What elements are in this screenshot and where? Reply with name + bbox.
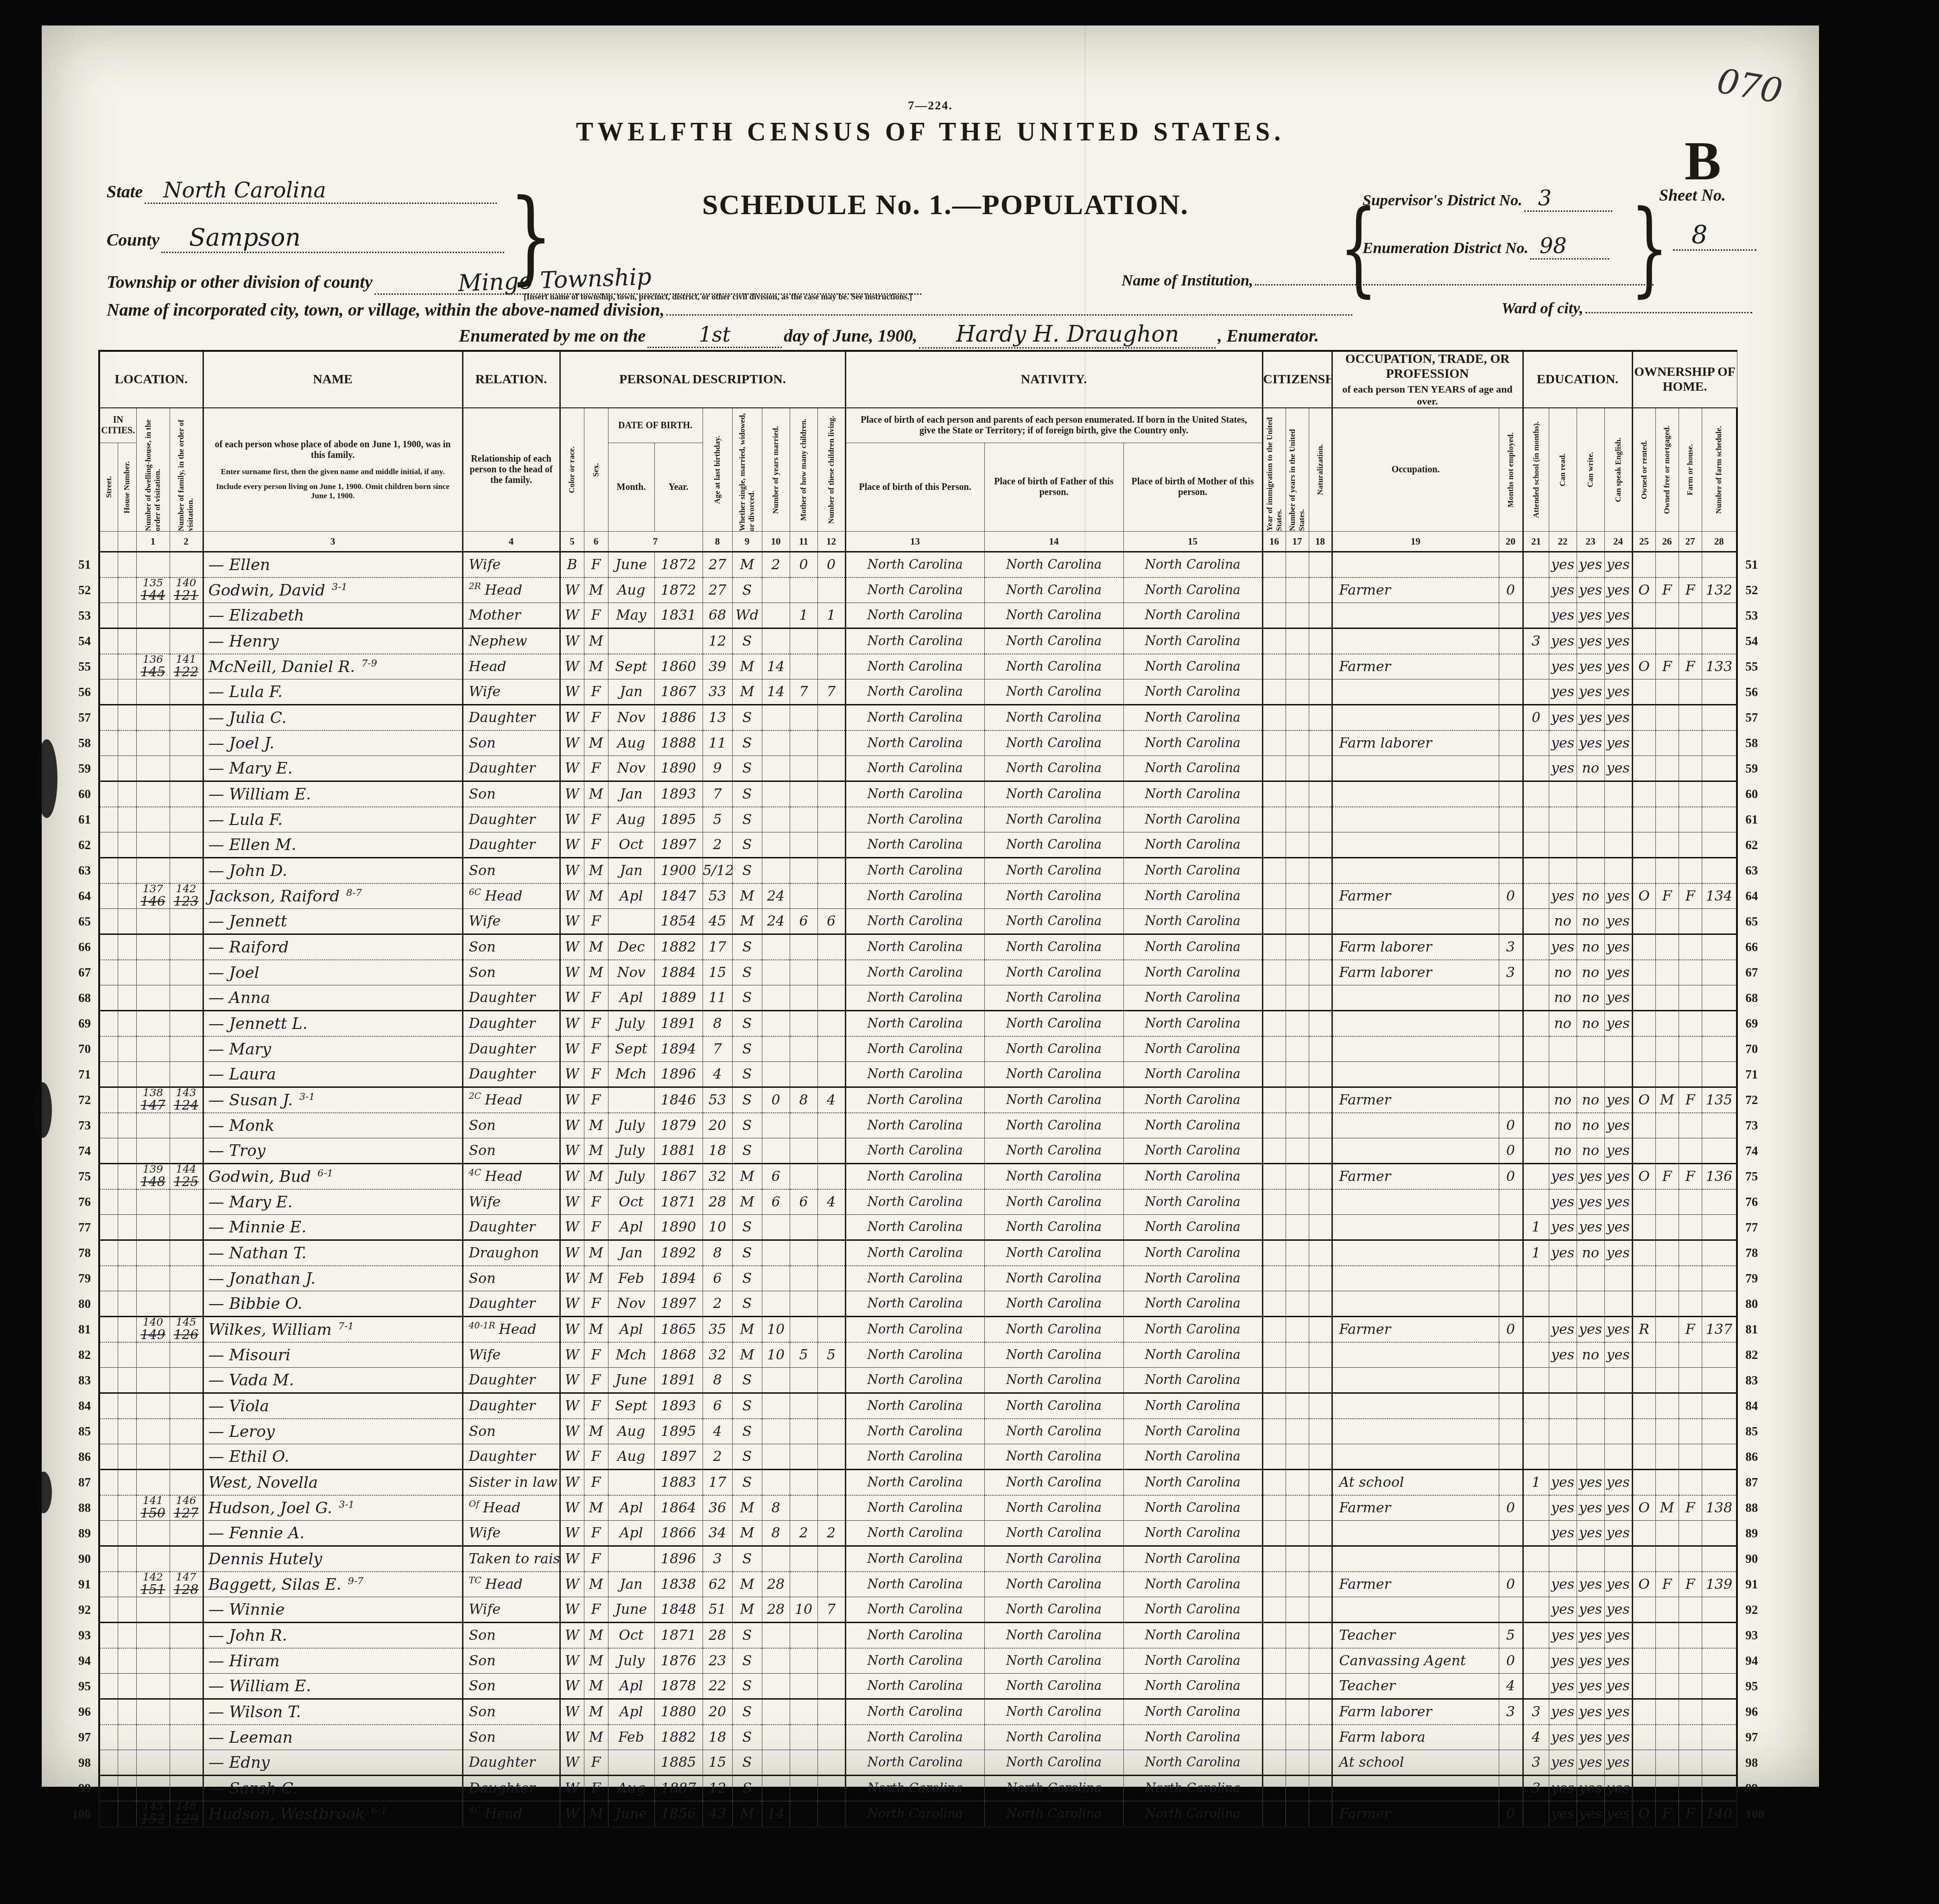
cell-can-read [1549,1393,1577,1419]
cell-street [99,985,118,1011]
cell-birthplace-mother: North Carolina [1123,1674,1262,1699]
cell-house-number [118,1393,136,1419]
column-number-street [99,532,118,552]
cell-age: 27 [703,552,732,578]
cell-owned-rented [1632,1342,1655,1368]
cell-owned-free-mortgaged [1655,1674,1679,1699]
cell-months-not-employed [1499,679,1523,705]
cell-family-number: 142123 [170,883,203,909]
cell-age: 7 [703,781,732,807]
cell-owned-rented [1632,1750,1655,1776]
cell-immigration-year [1262,654,1286,679]
cell-sex: M [584,1240,608,1266]
cell-naturalization [1309,1725,1332,1750]
cell-color-race: W [560,960,584,985]
cell-birthplace-mother: North Carolina [1123,705,1262,731]
cell-years-married [762,756,790,781]
cell-relation: Daughter [463,1750,560,1776]
cell-name: — Hiram [203,1648,463,1674]
cell-immigration-year [1262,1801,1286,1827]
cell-family-number: 141122 [170,654,203,679]
cell-street [99,679,118,705]
cell-can-speak-english: yes [1604,628,1632,654]
cell-can-read: yes [1549,1317,1577,1343]
cell-marital-status: M [732,1801,762,1827]
cell-sex: M [584,730,608,756]
header-street: Street. [99,443,118,532]
header-owned-rented: Owned or rented. [1632,408,1655,532]
cell-birthplace-mother: North Carolina [1123,679,1262,705]
cell-immigration-year [1262,1317,1286,1343]
cell-street [99,1572,118,1597]
cell-owned-rented [1632,1291,1655,1317]
cell-occupation [1332,985,1499,1011]
person-row: 51— EllenWifeBFJune187227M200North Carol… [70,552,1767,578]
row-number-left: 69 [70,1011,99,1037]
row-number-right: 75 [1737,1164,1767,1190]
person-row: 72138147143124— Susan J.3-12CHeadWF18465… [70,1087,1767,1113]
cell-can-write [1577,1419,1604,1444]
cell-age: 3 [703,1546,732,1572]
row-number-left: 59 [70,756,99,781]
cell-street [99,756,118,781]
cell-years-married [762,1648,790,1674]
cell-owned-free-mortgaged: M [1655,1495,1679,1521]
cell-can-speak-english: yes [1604,1087,1632,1113]
cell-farm-house [1679,1521,1702,1546]
cell-children-living: 6 [817,909,845,934]
cell-birthplace-mother: North Carolina [1123,1750,1262,1776]
cell-marital-status: S [732,1623,762,1649]
cell-months-not-employed [1499,1215,1523,1240]
cell-owned-free-mortgaged [1655,603,1679,628]
cell-color-race: W [560,1189,584,1215]
cell-house-number [118,858,136,884]
cell-immigration-year [1262,858,1286,884]
cell-name: — Jonathan J. [203,1266,463,1291]
cell-marital-status: M [732,1189,762,1215]
row-number-right: 92 [1737,1597,1767,1623]
cell-mother-of-children [790,1776,817,1802]
cell-farm-schedule [1702,1062,1737,1087]
cell-color-race: W [560,1419,584,1444]
cell-can-write [1577,781,1604,807]
row-number-gutter [70,351,99,552]
cell-immigration-year [1262,1087,1286,1113]
cell-owned-free-mortgaged: F [1655,1164,1679,1190]
cell-name: — Minnie E. [203,1215,463,1240]
cell-naturalization [1309,552,1332,578]
cell-birth-year: 1867 [654,1164,703,1190]
cell-attended-school [1523,1801,1549,1827]
person-row: 55136145141122McNeill, Daniel R.7-9HeadW… [70,654,1767,679]
cell-can-speak-english [1604,1266,1632,1291]
cell-birth-year: 1886 [654,705,703,731]
cell-can-write [1577,1266,1604,1291]
header-family-number: Number of family, in the order of visita… [170,408,203,532]
cell-naturalization [1309,1266,1332,1291]
cell-years-married [762,1291,790,1317]
cell-birth-year: 1876 [654,1648,703,1674]
cell-children-living [817,1572,845,1597]
cell-attended-school [1523,679,1549,705]
row-number-left: 70 [70,1036,99,1062]
cell-years-married [762,1368,790,1393]
cell-house-number [118,1266,136,1291]
cell-occupation [1332,1291,1499,1317]
cell-can-write: yes [1577,705,1604,731]
header-mother-of-children: Mother of how many children. [790,408,817,532]
cell-birth-month: June [608,552,654,578]
cell-farm-house [1679,730,1702,756]
cell-color-race: W [560,1368,584,1393]
cell-farm-schedule [1702,909,1737,934]
cell-children-living [817,1699,845,1725]
person-row: 67— JoelSonWMNov188415SNorth CarolinaNor… [70,960,1767,985]
cell-sex: F [584,1368,608,1393]
cell-family-number [170,1648,203,1674]
cell-color-race: B [560,552,584,578]
cell-can-speak-english [1604,1393,1632,1419]
cell-farm-schedule [1702,1623,1737,1649]
cell-farm-schedule [1702,1189,1737,1215]
cell-owned-rented [1632,705,1655,731]
cell-owned-rented [1632,679,1655,705]
cell-can-read [1549,1291,1577,1317]
cell-naturalization [1309,1521,1332,1546]
cell-occupation: Farmer [1332,578,1499,603]
row-number-left: 83 [70,1368,99,1393]
cell-color-race: W [560,832,584,858]
cell-name: — Mary E. [203,1189,463,1215]
row-number-left: 61 [70,807,99,832]
cell-birthplace-person: North Carolina [845,1011,984,1037]
cell-dwelling-number [136,1138,170,1164]
column-number-sch: 21 [1523,532,1549,552]
cell-name: Hudson, Westbrook6-1 [203,1801,463,1827]
cell-birthplace-person: North Carolina [845,1419,984,1444]
cell-immigration-year [1262,1470,1286,1496]
cell-color-race: W [560,1062,584,1087]
cell-house-number [118,1623,136,1649]
cell-can-read: yes [1549,1189,1577,1215]
column-number-s: 6 [584,532,608,552]
column-number-pb: 13 [845,532,984,552]
cell-sex: F [584,1291,608,1317]
cell-relation: 2CHead [463,1087,560,1113]
cell-can-read: no [1549,960,1577,985]
cell-birth-month: Apl [608,1215,654,1240]
row-number-left: 90 [70,1546,99,1572]
cell-months-not-employed: 3 [1499,960,1523,985]
person-row: 95— William E.SonWMApl187822SNorth Carol… [70,1674,1767,1699]
cell-farm-house [1679,1062,1702,1087]
cell-months-not-employed: 0 [1499,1648,1523,1674]
cell-mother-of-children [790,1164,817,1190]
cell-birthplace-person: North Carolina [845,1291,984,1317]
cell-street [99,1444,118,1470]
cell-name: — Mary [203,1036,463,1062]
cell-birthplace-mother: North Carolina [1123,883,1262,909]
cell-house-number [118,985,136,1011]
cell-relation: Son [463,1674,560,1699]
person-row: 68— AnnaDaughterWFApl188911SNorth Caroli… [70,985,1767,1011]
cell-marital-status: Wd [732,603,762,628]
cell-marital-status: M [732,1342,762,1368]
cell-birthplace-person: North Carolina [845,1674,984,1699]
cell-attended-school [1523,603,1549,628]
cell-can-read: yes [1549,603,1577,628]
cell-farm-house [1679,1291,1702,1317]
cell-children-living [817,1776,845,1802]
cell-birthplace-person: North Carolina [845,1597,984,1623]
cell-children-living [817,781,845,807]
header-years-in-us: Number of years in the United States. [1286,408,1309,532]
cell-farm-house [1679,1011,1702,1037]
cell-birthplace-person: North Carolina [845,934,984,960]
cell-attended-school [1523,1317,1549,1343]
cell-relation: Nephew [463,628,560,654]
cell-birth-month [608,909,654,934]
cell-sex: M [584,1674,608,1699]
cell-dwelling-number [136,705,170,731]
cell-children-living: 0 [817,552,845,578]
cell-sex: F [584,705,608,731]
cell-months-not-employed [1499,654,1523,679]
cell-family-number [170,1597,203,1623]
cell-birth-year: 1882 [654,934,703,960]
cell-color-race: W [560,1011,584,1037]
cell-sex: F [584,985,608,1011]
row-number-left: 54 [70,628,99,654]
cell-birthplace-father: North Carolina [984,807,1123,832]
cell-can-speak-english: yes [1604,1648,1632,1674]
cell-owned-free-mortgaged [1655,1725,1679,1750]
cell-naturalization [1309,1572,1332,1597]
column-number-house [118,532,136,552]
cell-naturalization [1309,1393,1332,1419]
cell-street [99,883,118,909]
cell-farm-schedule: 132 [1702,578,1737,603]
cell-can-speak-english [1604,807,1632,832]
cell-age: 33 [703,679,732,705]
row-number-right: 94 [1737,1648,1767,1674]
cell-birthplace-person: North Carolina [845,1138,984,1164]
name-annotation: 7-1 [338,1320,354,1332]
cell-owned-rented [1632,1189,1655,1215]
cell-occupation [1332,1011,1499,1037]
cell-birthplace-mother: North Carolina [1123,1470,1262,1496]
cell-street [99,1240,118,1266]
cell-birth-month: June [608,1368,654,1393]
cell-months-not-employed: 0 [1499,1113,1523,1138]
cell-name: — Troy [203,1138,463,1164]
cell-dwelling-number [136,1189,170,1215]
cell-owned-rented [1632,1266,1655,1291]
cell-name: — Viola [203,1393,463,1419]
cell-birthplace-person: North Carolina [845,1444,984,1470]
cell-children-living [817,1801,845,1827]
cell-house-number [118,552,136,578]
cell-dwelling-number [136,1623,170,1649]
cell-marital-status: S [732,1266,762,1291]
cell-years-married [762,603,790,628]
header-in-cities: IN CITIES. [99,408,136,443]
cell-birth-month: Sept [608,1036,654,1062]
cell-farm-house: F [1679,654,1702,679]
cell-mother-of-children [790,1393,817,1419]
state-label: State [107,182,143,202]
cell-owned-rented [1632,1699,1655,1725]
person-row: 79— Jonathan J.SonWMFeb18946SNorth Carol… [70,1266,1767,1291]
page-title: TWELFTH CENSUS OF THE UNITED STATES. [42,117,1819,147]
cell-birth-year: 1897 [654,1444,703,1470]
cell-years-married [762,1393,790,1419]
cell-children-living [817,1546,845,1572]
cell-sex: M [584,1801,608,1827]
cell-color-race: W [560,781,584,807]
cell-family-number [170,1291,203,1317]
row-number-left: 95 [70,1674,99,1699]
cell-birth-month: Apl [608,985,654,1011]
cell-family-number [170,1699,203,1725]
cell-color-race: W [560,1648,584,1674]
cell-farm-schedule [1702,1240,1737,1266]
cell-marital-status: S [732,1240,762,1266]
cell-mother-of-children [790,1036,817,1062]
cell-years-in-us [1286,1470,1309,1496]
cell-house-number [118,960,136,985]
cell-years-in-us [1286,1368,1309,1393]
cell-relation: 40-1RHead [463,1317,560,1343]
cell-marital-status: S [732,1062,762,1087]
cell-birth-year: 1894 [654,1036,703,1062]
cell-color-race: W [560,1801,584,1827]
cell-age: 13 [703,705,732,731]
cell-farm-schedule: 137 [1702,1317,1737,1343]
cell-owned-free-mortgaged [1655,1317,1679,1343]
person-row: 59— Mary E.DaughterWFNov18909SNorth Caro… [70,756,1767,781]
cell-family-number [170,781,203,807]
header-farm-house: Farm or house. [1679,408,1702,532]
cell-birthplace-father: North Carolina [984,1266,1123,1291]
cell-occupation [1332,858,1499,884]
cell-birthplace-father: North Carolina [984,1444,1123,1470]
cell-family-number [170,1725,203,1750]
cell-farm-house [1679,1725,1702,1750]
cell-age: 28 [703,1189,732,1215]
row-number-right: 67 [1737,960,1767,985]
cell-years-in-us [1286,1266,1309,1291]
cell-birth-month: Jan [608,679,654,705]
cell-birthplace-father: North Carolina [984,552,1123,578]
cell-can-read: yes [1549,730,1577,756]
cell-can-write: no [1577,1138,1604,1164]
cell-house-number [118,1725,136,1750]
cell-house-number [118,1572,136,1597]
relation-annotation: 4C [469,1168,482,1178]
cell-years-in-us [1286,1725,1309,1750]
cell-house-number [118,883,136,909]
cell-dwelling-number [136,832,170,858]
cell-birth-year: 1871 [654,1189,703,1215]
census-sheet: 7—224. TWELFTH CENSUS OF THE UNITED STAT… [42,25,1819,1787]
cell-sex: F [584,756,608,781]
cell-house-number [118,654,136,679]
cell-children-living [817,1470,845,1496]
header-occupation: Occupation. [1332,408,1499,532]
row-number-right: 100 [1737,1801,1767,1827]
cell-years-married: 14 [762,1801,790,1827]
cell-attended-school [1523,1036,1549,1062]
row-number-right: 76 [1737,1189,1767,1215]
cell-naturalization [1309,781,1332,807]
cell-months-not-employed [1499,705,1523,731]
cell-sex: M [584,1648,608,1674]
cell-occupation [1332,1393,1499,1419]
cell-farm-house [1679,1393,1702,1419]
column-number-pf: 14 [984,532,1123,552]
cell-color-race: W [560,603,584,628]
cell-months-not-employed: 5 [1499,1623,1523,1649]
cell-age: 8 [703,1011,732,1037]
cell-occupation: At school [1332,1750,1499,1776]
group-education: EDUCATION. [1523,351,1632,408]
cell-color-race: W [560,1623,584,1649]
cell-farm-house [1679,858,1702,884]
institution-line: Name of Institution, [1122,272,1654,290]
cell-farm-house [1679,705,1702,731]
cell-can-read [1549,1444,1577,1470]
person-row: 89— Fennie A.WifeWFApl186634M822North Ca… [70,1521,1767,1546]
cell-dwelling-number [136,1674,170,1699]
cell-house-number [118,1240,136,1266]
cell-birth-month: Aug [608,578,654,603]
column-number-cl: 12 [817,532,845,552]
cell-can-speak-english [1604,1036,1632,1062]
cell-years-in-us [1286,1750,1309,1776]
header-farm-schedule: Number of farm schedule. [1702,408,1737,532]
cell-name: — Joel [203,960,463,985]
row-number-right: 64 [1737,883,1767,909]
cell-mother-of-children [790,1725,817,1750]
cell-farm-house [1679,1266,1702,1291]
person-row: 54— HenryNephewWM12SNorth CarolinaNorth … [70,628,1767,654]
cell-relation: Daughter [463,1011,560,1037]
cell-house-number [118,934,136,960]
cell-naturalization [1309,1062,1332,1087]
cell-can-write: yes [1577,628,1604,654]
cell-birth-year: 1891 [654,1368,703,1393]
cell-months-not-employed: 4 [1499,1674,1523,1699]
cell-family-number [170,858,203,884]
cell-naturalization [1309,1189,1332,1215]
cell-attended-school [1523,807,1549,832]
cell-occupation [1332,807,1499,832]
cell-owned-free-mortgaged [1655,1189,1679,1215]
cell-age: 17 [703,1470,732,1496]
relation-annotation: 6C [469,887,482,897]
cell-mother-of-children [790,654,817,679]
cell-farm-schedule [1702,1648,1737,1674]
cell-dwelling-number: 139148 [136,1164,170,1190]
person-row: 90Dennis HutelyTaken to raiseWF18963SNor… [70,1546,1767,1572]
cell-birthplace-person: North Carolina [845,985,984,1011]
cell-house-number [118,1597,136,1623]
cell-months-not-employed: 3 [1499,934,1523,960]
cell-relation: Daughter [463,756,560,781]
cell-can-speak-english: yes [1604,552,1632,578]
